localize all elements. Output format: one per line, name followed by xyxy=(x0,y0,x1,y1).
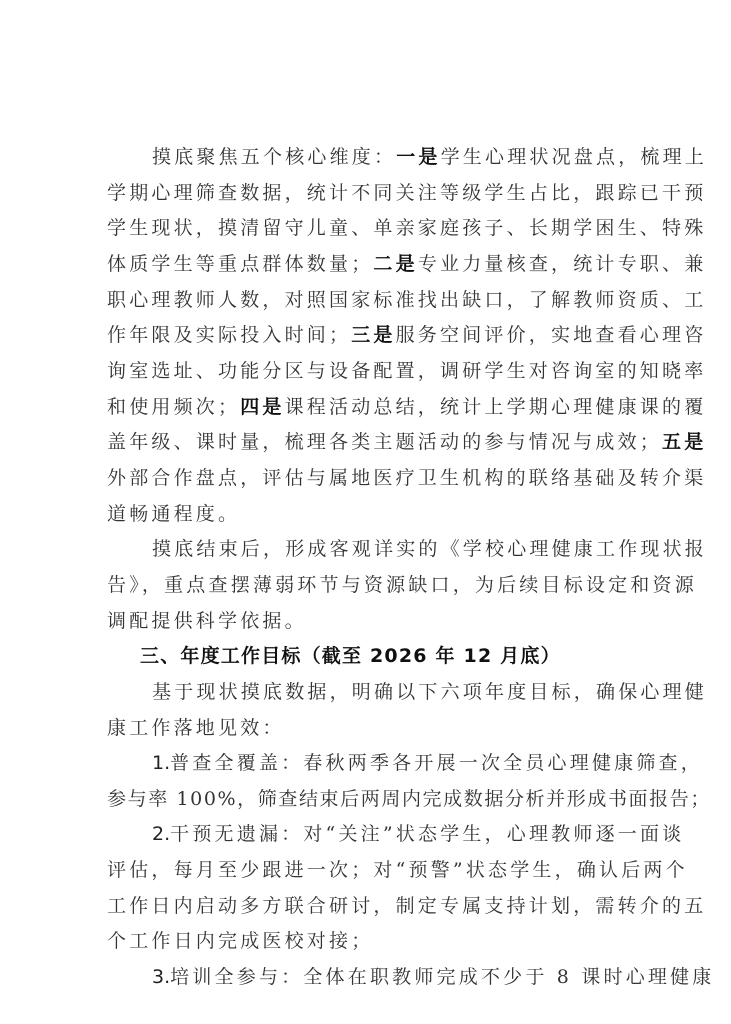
item-2-line-1: 2.干预无遗漏：对“关注”状态学生，心理教师逐一面谈 xyxy=(152,822,684,846)
item-2-line-4: 个工作日内完成医校对接； xyxy=(107,929,373,953)
p1-line-6: 作年限及实际投入时间；三是服务空间评价，实地查看心理咨 xyxy=(107,323,706,347)
p1-line-3: 学生现状，摸清留守儿童、单亲家庭孩子、长期学困生、特殊 xyxy=(107,216,706,240)
item-3-line-1: 3.培训全参与：全体在职教师完成不少于 8 课时心理健康 xyxy=(152,965,715,989)
item-1-line-2: 参与率 100%，筛查结束后两周内完成数据分析并形成书面报告； xyxy=(107,787,711,811)
bold-label-two: 二是 xyxy=(373,253,417,275)
item-1-line-1: 1.普查全覆盖：春秋两季各开展一次全员心理健康筛查， xyxy=(152,751,703,775)
p3-line-2: 康工作落地见效： xyxy=(107,716,285,740)
item-3-number: 3. xyxy=(152,966,170,988)
p1-line-5: 职心理教师人数，对照国家标准找出缺口，了解教师资质、工 xyxy=(107,288,706,312)
bold-label-five: 五是 xyxy=(662,431,706,453)
bold-label-four: 四是 xyxy=(240,396,284,418)
item-2-line-2: 评估，每月至少跟进一次；对“预警”状态学生，确认后两个 xyxy=(107,858,688,882)
p1-line-11: 道畅通程度。 xyxy=(107,502,240,526)
section-heading: 三、年度工作目标（截至 2026 年 12 月底） xyxy=(140,644,561,668)
p1-line-8: 和使用频次；四是课程活动总结，统计上学期心理健康课的覆 xyxy=(107,395,706,419)
bold-label-one: 一是 xyxy=(396,146,440,168)
p2-line-1: 摸底结束后，形成客观详实的《学校心理健康工作现状报 xyxy=(152,537,707,561)
p2-line-2: 告》，重点查摆薄弱环节与资源缺口，为后续目标设定和资源 xyxy=(107,573,697,597)
p1-line-9: 盖年级、课时量，梳理各类主题活动的参与情况与成效；五是 xyxy=(107,430,706,454)
p1-line-7: 询室选址、功能分区与设备配置，调研学生对咨询室的知晓率 xyxy=(107,359,706,383)
document-page: 摸底聚焦五个核心维度：一是学生心理状况盘点，梳理上 学期心理筛查数据，统计不同关… xyxy=(0,0,731,1024)
item-2-number: 2. xyxy=(152,823,170,845)
p2-line-3: 调配提供科学依据。 xyxy=(107,609,307,633)
p1-line-10: 外部合作盘点，评估与属地医疗卫生机构的联络基础及转介渠 xyxy=(107,466,706,490)
p1-line-1: 摸底聚焦五个核心维度：一是学生心理状况盘点，梳理上 xyxy=(152,145,707,169)
p3-line-1: 基于现状摸底数据，明确以下六项年度目标，确保心理健 xyxy=(152,680,707,704)
item-2-line-3: 工作日内启动多方联合研讨，制定专属支持计划，需转介的五 xyxy=(107,894,706,918)
bold-label-three: 三是 xyxy=(351,324,395,346)
p1-line-4: 体质学生等重点群体数量；二是专业力量核查，统计专职、兼 xyxy=(107,252,706,276)
p1-line-2: 学期心理筛查数据，统计不同关注等级学生占比，跟踪已干预 xyxy=(107,181,706,205)
item-1-number: 1. xyxy=(152,752,170,774)
